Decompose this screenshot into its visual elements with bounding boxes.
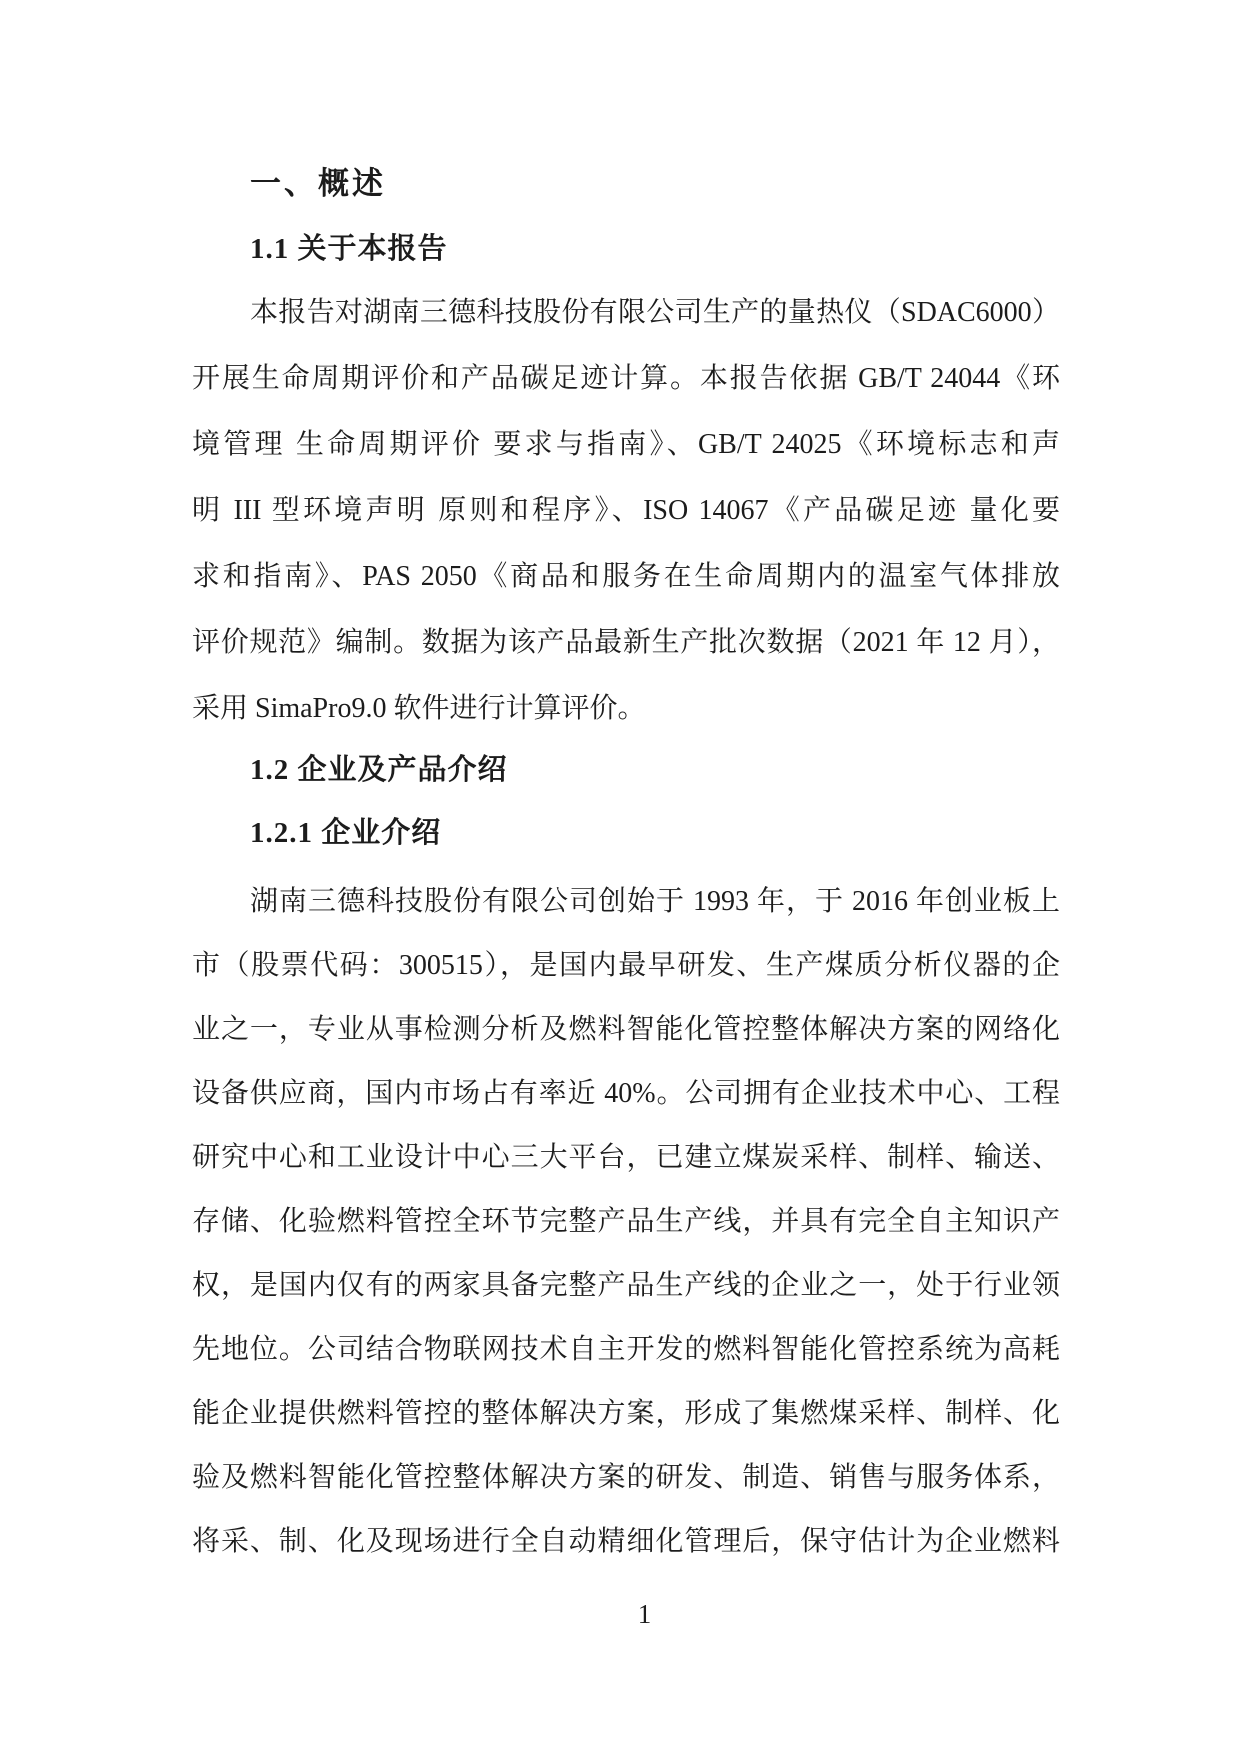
text-line: 设备供应商，国内市场占有率近 40%。公司拥有企业技术中心、工程	[192, 1062, 1060, 1126]
heading-company-products: 1.2 企业及产品介绍	[250, 753, 508, 787]
document-page: 一、概述 1.1 关于本报告 本报告对湖南三德科技股份有限公司生产的量热仪（SD…	[0, 0, 1241, 1754]
text-line: 开展生命周期评价和产品碳足迹计算。本报告依据 GB/T 24044《环	[192, 346, 1060, 412]
heading-overview: 一、概述	[250, 166, 386, 202]
text-line: 本报告对湖南三德科技股份有限公司生产的量热仪（SDAC6000）	[192, 280, 1060, 346]
text-line: 能企业提供燃料管控的整体解决方案，形成了集燃煤采样、制样、化	[192, 1382, 1060, 1446]
text-line: 明 III 型环境声明 原则和程序》、ISO 14067《产品碳足迹 量化要	[192, 478, 1060, 544]
paragraph-about-report: 本报告对湖南三德科技股份有限公司生产的量热仪（SDAC6000） 开展生命周期评…	[192, 280, 1060, 742]
text-line: 评价规范》编制。数据为该产品最新生产批次数据（2021 年 12 月），	[192, 610, 1060, 676]
text-line: 验及燃料智能化管控整体解决方案的研发、制造、销售与服务体系，	[192, 1446, 1060, 1510]
text-line: 求和指南》、PAS 2050《商品和服务在生命周期内的温室气体排放	[192, 544, 1060, 610]
text-line: 市（股票代码：300515），是国内最早研发、生产煤质分析仪器的企	[192, 934, 1060, 998]
text-line: 湖南三德科技股份有限公司创始于 1993 年，于 2016 年创业板上	[192, 870, 1060, 934]
page-number: 1	[24, 1598, 1241, 1630]
text-line: 先地位。公司结合物联网技术自主开发的燃料智能化管控系统为高耗	[192, 1318, 1060, 1382]
paragraph-company-intro: 湖南三德科技股份有限公司创始于 1993 年，于 2016 年创业板上 市（股票…	[192, 870, 1060, 1574]
text-line: 业之一，专业从事检测分析及燃料智能化管控整体解决方案的网络化	[192, 998, 1060, 1062]
text-line: 研究中心和工业设计中心三大平台，已建立煤炭采样、制样、输送、	[192, 1126, 1060, 1190]
text-line: 存储、化验燃料管控全环节完整产品生产线，并具有完全自主知识产	[192, 1190, 1060, 1254]
text-line: 境管理 生命周期评价 要求与指南》、GB/T 24025《环境标志和声	[192, 412, 1060, 478]
text-line: 将采、制、化及现场进行全自动精细化管理后，保守估计为企业燃料	[192, 1510, 1060, 1574]
text-line: 权，是国内仅有的两家具备完整产品生产线的企业之一，处于行业领	[192, 1254, 1060, 1318]
text-line: 采用 SimaPro9.0 软件进行计算评价。	[192, 676, 1060, 742]
heading-about-report: 1.1 关于本报告	[250, 232, 448, 266]
heading-company-intro: 1.2.1 企业介绍	[250, 816, 441, 850]
